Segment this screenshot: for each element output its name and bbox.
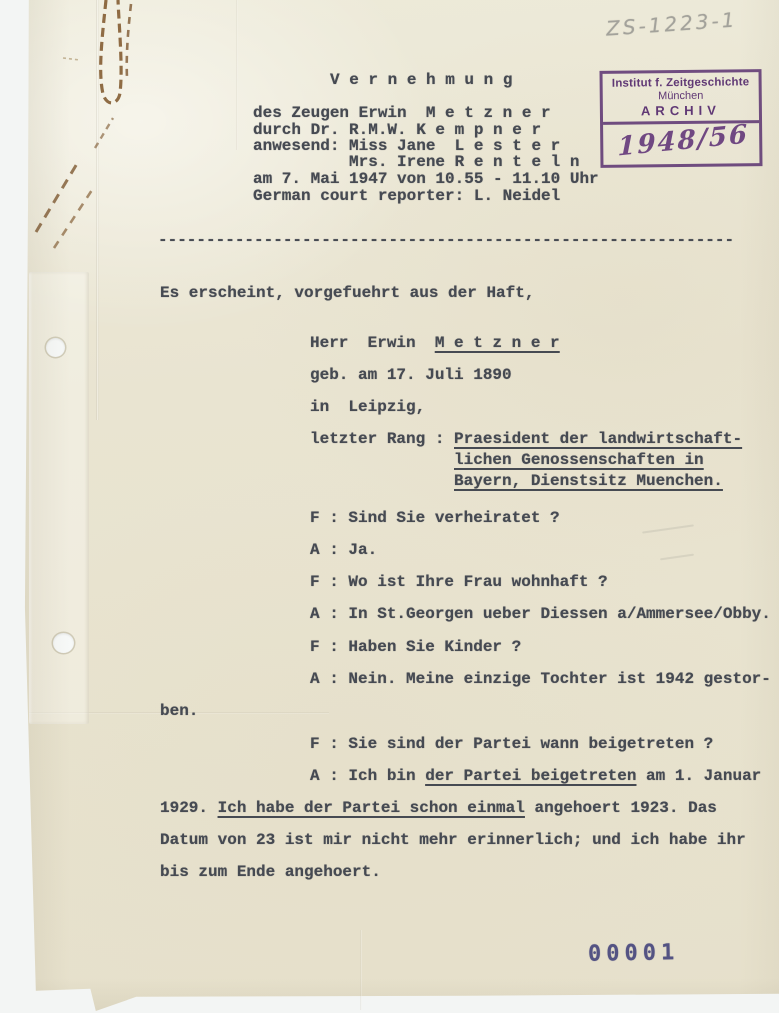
scanned-document: ZS-1223-1 Institut f. Zeitgeschichte Mün…: [0, 0, 779, 1013]
qa-answer-party-1-underlined: der Partei beigetreten: [425, 767, 636, 785]
stamp-archive-label: ARCHIV: [605, 102, 757, 119]
punch-hole: [53, 633, 74, 653]
qa-question-party: F : Sie sind der Partei wann beigetreten…: [310, 734, 713, 754]
intro-line: Es erscheint, vorgefuehrt aus der Haft,: [160, 283, 534, 303]
qa-answer-party-3: Datum von 23 ist mir nicht mehr erinnerl…: [160, 830, 746, 850]
stamp-city-label: München: [605, 89, 757, 103]
rank-underlined-2: lichen Genossenschaften in: [454, 451, 704, 469]
qa-answer-party-2-pre: 1929.: [160, 799, 218, 817]
qa-answer-party-2-underlined: Ich habe der Partei schon einmal: [218, 799, 525, 817]
qa-answer-party-4: bis zum Ende angehoert.: [160, 862, 381, 882]
paper-crease: [96, 0, 99, 420]
archive-stamp: Institut f. Zeitgeschichte München ARCHI…: [599, 69, 762, 168]
rank-underlined-1: Praesident der landwirtschaft-: [454, 430, 742, 448]
witness-rank-line-3: Bayern, Dienstsitz Muenchen.: [454, 471, 723, 491]
archive-stamp-number-cell: 1948/56: [603, 123, 759, 165]
paper-crease: [236, 0, 238, 150]
rank-label: letzter Rang :: [310, 430, 454, 448]
handwritten-accession-number: 1948/56: [617, 119, 749, 162]
paper-crease: [360, 930, 362, 1010]
qa-answer-children-cont: ben.: [160, 701, 198, 721]
qa-answer-married: A : Ja.: [310, 540, 377, 560]
witness-name-prefix: Herr Erwin: [310, 334, 435, 352]
archive-stamp-header: Institut f. Zeitgeschichte München ARCHI…: [603, 72, 760, 125]
qa-answer-wife: A : In St.Georgen ueber Diessen a/Ammers…: [310, 604, 771, 624]
witness-name-line: Herr Erwin M e t z n e r: [310, 333, 560, 353]
qa-question-children: F : Haben Sie Kinder ?: [310, 637, 521, 657]
qa-answer-party-1: A : Ich bin der Partei beigetreten am 1.…: [310, 766, 761, 786]
qa-question-married: F : Sind Sie verheiratet ?: [310, 508, 560, 528]
witness-place-line: in Leipzig,: [310, 397, 425, 417]
document-title: V e r n e h m u n g: [330, 70, 512, 90]
punch-hole: [46, 338, 65, 357]
witness-birth-line: geb. am 17. Juli 1890: [310, 365, 512, 385]
divider-dashed-line: ----------------------------------------…: [158, 230, 734, 250]
qa-answer-party-1-post: am 1. Januar: [636, 767, 761, 785]
header-line-reporter: German court reporter: L. Neidel: [253, 186, 560, 206]
qa-answer-party-1-pre: A : Ich bin: [310, 767, 425, 785]
qa-answer-children: A : Nein. Meine einzige Tochter ist 1942…: [310, 669, 771, 689]
qa-answer-party-2: 1929. Ich habe der Partei schon einmal a…: [160, 798, 717, 818]
witness-name-underlined: M e t z n e r: [435, 334, 560, 352]
stamp-institute-label: Institut f. Zeitgeschichte: [605, 76, 757, 90]
qa-answer-party-2-post: angehoert 1923. Das: [525, 799, 717, 817]
witness-rank-line-1: letzter Rang : Praesident der landwirtsc…: [310, 429, 742, 449]
qa-question-wife: F : Wo ist Ihre Frau wohnhaft ?: [310, 572, 608, 592]
witness-rank-line-2: lichen Genossenschaften in: [454, 450, 704, 470]
stamped-page-number: 00001: [588, 940, 680, 967]
rank-underlined-3: Bayern, Dienstsitz Muenchen.: [454, 472, 723, 490]
